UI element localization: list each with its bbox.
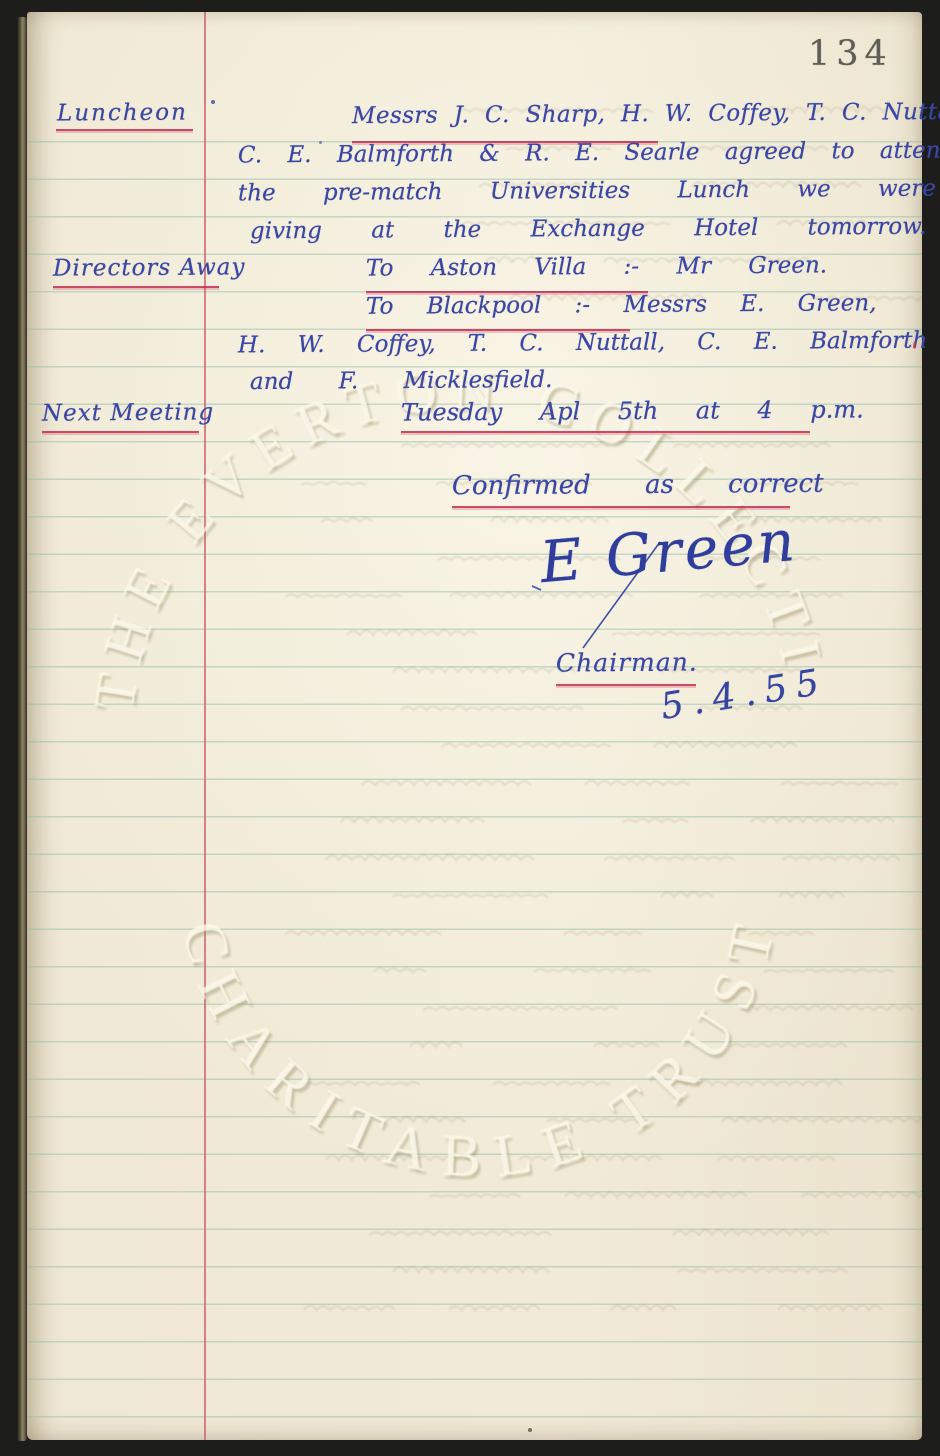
ink-speck <box>319 141 322 144</box>
scanned-minute-book-photo: THE EVERTON COLLECTION CHARITABLE TRUST … <box>0 0 940 1456</box>
dust-speck <box>528 1428 532 1432</box>
ink-speck <box>211 100 215 104</box>
red-speck <box>913 342 916 349</box>
page-stack-edge <box>16 17 27 1441</box>
chairman-label: Chairman. <box>556 648 698 678</box>
signature-flourish <box>27 12 922 1440</box>
minute-book-page: THE EVERTON COLLECTION CHARITABLE TRUST … <box>27 12 922 1440</box>
